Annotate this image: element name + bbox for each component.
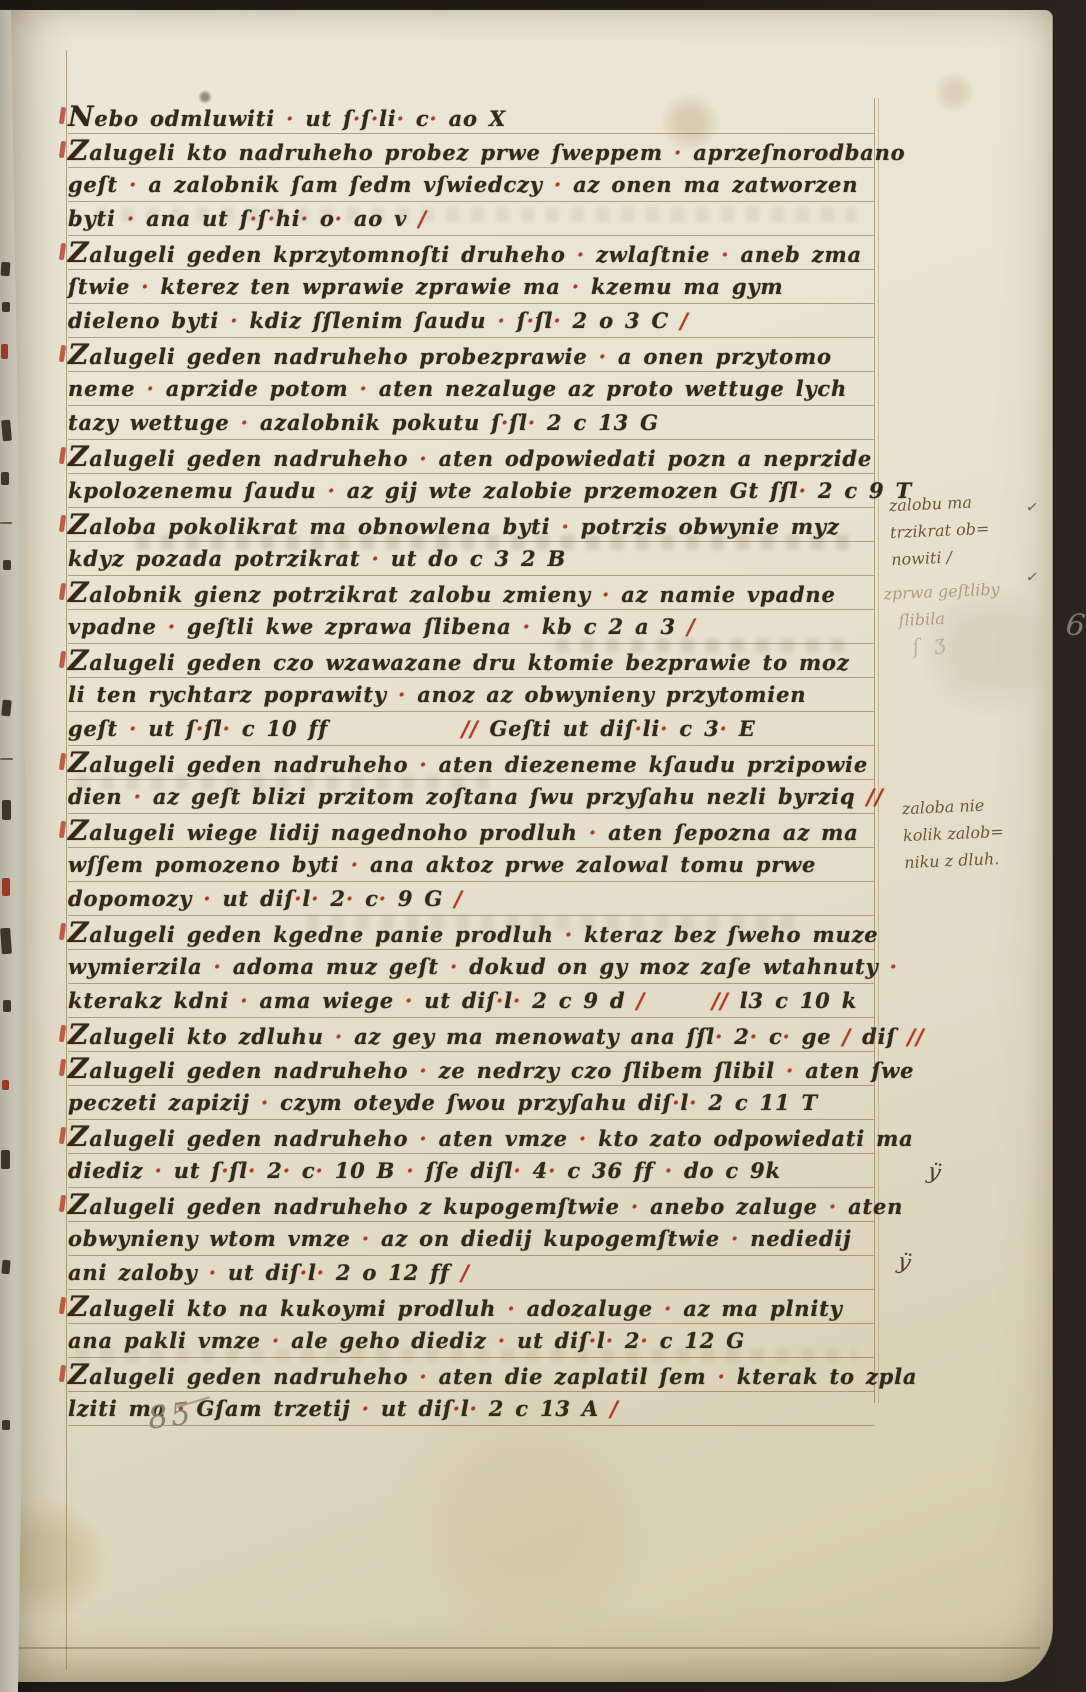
line-text: Zalugeli geden nadruheho · aten diezenem… <box>68 752 868 777</box>
facing-page-text-fragment <box>1 472 9 485</box>
line-text: byti · ana ut ſ·ſ·hi· o· ao v / <box>68 206 427 231</box>
line-text: li ten rychtarz poprawity · anoz az obwy… <box>68 682 806 707</box>
manuscript-text-line: Zalugeli geden nadruheho · aten odpowied… <box>68 440 874 474</box>
facing-page-text-fragment <box>2 800 11 820</box>
margin-checkmark-icon: ✓ <box>1025 497 1040 517</box>
line-text: geſt · a zalobnik ſam ſedm vſwiedczy · a… <box>68 172 858 197</box>
line-text: Zalugeli geden kprzytomnoſti druheho · z… <box>68 242 862 267</box>
folio-number-pencil: 85 <box>146 1395 196 1436</box>
line-text: wſſem pomozeno byti · ana aktoz prwe zal… <box>68 852 816 877</box>
manuscript-text-line: Zalugeli geden nadruheho · aten diezenem… <box>68 746 874 780</box>
manuscript-text-line: peczeti zapizij · czym oteyde ſwou przyſ… <box>68 1086 874 1120</box>
manuscript-text-line: wſſem pomozeno byti · ana aktoz prwe zal… <box>68 848 874 882</box>
manuscript-text-line: kdyz pozada potrzikrat · ut do c 3 2 B <box>68 542 874 576</box>
line-text: Zalugeli geden nadruheho probezprawie · … <box>68 344 832 369</box>
line-text: obwynieny wtom vmze · az on diedij kupog… <box>68 1226 852 1251</box>
ruling-line-bottom-horizontal <box>10 1647 1040 1649</box>
manuscript-text-line: Zalugeli wiege lidij nagednoho prodluh ·… <box>68 814 874 848</box>
line-text: dieleno byti · kdiz ſſlenim ſaudu · ſ·ſl… <box>68 308 689 333</box>
manuscript-text-line: kpolozenemu ſaudu · az gij wte zalobie p… <box>68 474 874 508</box>
margin-nota-mark-icon: ÿ <box>926 1159 941 1186</box>
facing-page-text-fragment <box>2 878 10 896</box>
manuscript-text-line: ani zaloby · ut diſ·l· 2 o 12 ff / <box>68 1256 874 1290</box>
manuscript-text-line: dien · az geſt blizi przitom zoſtana ſwu… <box>68 780 874 814</box>
line-text: Zalugeli geden nadruheho · aten odpowied… <box>68 446 872 471</box>
manuscript-text-line: neme · aprzide potom · aten nezaluge az … <box>68 372 874 406</box>
margin-note-zaloba: zaloba nie kolik zalob= niku z dluh. <box>901 791 1005 876</box>
manuscript-text-line: Nebo odmluwiti · ut ſ·ſ·li· c· ao X <box>68 100 874 134</box>
manuscript-text-line: ſtwie · kterez ten wprawie zprawie ma · … <box>68 270 874 304</box>
manuscript-text-line: geſt · ut ſ·ſl· c 10 ff // Geſti ut diſ·… <box>68 712 874 746</box>
facing-page-rule-stub <box>0 758 13 760</box>
manuscript-text-line: kterakz kdni · ama wiege · ut diſ·l· 2 c… <box>68 984 874 1018</box>
line-text: Zalugeli geden czo wzawazane dru ktomie … <box>68 650 850 675</box>
manuscript-text-line: Zalugeli geden nadruheho · aten die zapl… <box>68 1358 874 1392</box>
line-text: wymierzila · adoma muz geſt · dokud on g… <box>68 954 898 979</box>
manuscript-text-line: dopomozy · ut diſ·l· 2· c· 9 G / <box>68 882 874 916</box>
manuscript-text-line: Zalugeli kto na kukoymi prodluh · adozal… <box>68 1290 874 1324</box>
line-text: Zalobnik gienz potrzikrat zalobu zmieny … <box>68 582 836 607</box>
line-text: tazy wettuge · azalobnik pokutu ſ·ſl· 2 … <box>68 410 659 435</box>
line-text: kdyz pozada potrzikrat · ut do c 3 2 B <box>68 546 566 571</box>
manuscript-text-line: Zalugeli geden czo wzawazane dru ktomie … <box>68 644 874 678</box>
line-text: Zaloba pokolikrat ma obnowlena byti · po… <box>68 514 840 539</box>
manuscript-text-line: Zalugeli geden nadruheho probezprawie · … <box>68 338 874 372</box>
manuscript-text-line: Zalugeli geden nadruheho · ze nedrzy czo… <box>68 1052 874 1086</box>
line-text: Nebo odmluwiti · ut ſ·ſ·li· c· ao X <box>68 106 506 131</box>
line-text: Zalugeli kto nadruheho probez prwe ſwepp… <box>68 140 905 165</box>
facing-page-text-fragment <box>2 302 10 312</box>
manuscript-text-line: Zalugeli geden nadruheho z kupogemſtwie … <box>68 1188 874 1222</box>
pencil-strokes: ſ ʒ <box>910 629 951 659</box>
manuscript-page: Nebo odmluwiti · ut ſ·ſ·li· c· ao XZalug… <box>6 10 1053 1682</box>
manuscript-text-line: wymierzila · adoma muz geſt · dokud on g… <box>68 950 874 984</box>
facing-page-text-fragment <box>2 1420 10 1430</box>
pencil-number-small: 6 <box>1064 607 1086 644</box>
margin-note-renew: zalobu ma trzikrat ob= nowiti / <box>888 488 991 573</box>
line-text: Zalugeli wiege lidij nagednoho prodluh ·… <box>68 820 859 845</box>
manuscript-text-line: Zalugeli geden nadruheho · aten vmze · k… <box>68 1120 874 1154</box>
line-text: Zalugeli geden nadruheho z kupogemſtwie … <box>68 1194 903 1219</box>
facing-page-rule-stub <box>0 522 12 524</box>
facing-page-text-fragment <box>3 1000 11 1012</box>
line-text: neme · aprzide potom · aten nezaluge az … <box>68 376 847 401</box>
manuscript-text-line: obwynieny wtom vmze · az on diedij kupog… <box>68 1222 874 1256</box>
line-text: peczeti zapizij · czym oteyde ſwou przyſ… <box>68 1090 818 1115</box>
facing-page-text-fragment <box>1 420 12 442</box>
ruling-line-left-vertical <box>66 50 67 1670</box>
manuscript-text-line: Zalugeli kto nadruheho probez prwe ſwepp… <box>68 134 874 168</box>
manuscript-text-line: diediz · ut ſ·ſl· 2· c· 10 B · ſſe diſl·… <box>68 1154 874 1188</box>
line-text: ſtwie · kterez ten wprawie zprawie ma · … <box>68 274 783 299</box>
line-text: diediz · ut ſ·ſl· 2· c· 10 B · ſſe diſl·… <box>68 1158 781 1183</box>
line-text: Zalugeli geden nadruheho · aten vmze · k… <box>68 1126 914 1151</box>
manuscript-text-line: Zaloba pokolikrat ma obnowlena byti · po… <box>68 508 874 542</box>
facing-page-text-fragment <box>3 560 11 570</box>
text-block: Nebo odmluwiti · ut ſ·ſ·li· c· ao XZalug… <box>68 100 874 1426</box>
line-text: Zalugeli geden kgedne panie prodluh · kt… <box>68 922 878 947</box>
margin-checkmark-icon: ✓ <box>1025 567 1040 587</box>
margin-note-line: nowiti / <box>891 542 991 573</box>
line-text: Zalugeli geden nadruheho · aten die zapl… <box>68 1364 917 1389</box>
manuscript-text-line: Zalugeli geden kgedne panie prodluh · kt… <box>68 916 874 950</box>
line-text: vpadne · geſtli kwe zprawa ſlibena · kb … <box>68 614 696 639</box>
line-text: geſt · ut ſ·ſl· c 10 ff // Geſti ut diſ·… <box>68 716 756 741</box>
line-text: dien · az geſt blizi przitom zoſtana ſwu… <box>68 784 883 809</box>
manuscript-text-line: byti · ana ut ſ·ſ·hi· o· ao v / <box>68 202 874 236</box>
margin-nota-mark-icon: ÿ <box>896 1249 911 1276</box>
manuscript-text-line: tazy wettuge · azalobnik pokutu ſ·ſl· 2 … <box>68 406 874 440</box>
line-text: Zalugeli kto na kukoymi prodluh · adozal… <box>68 1296 843 1321</box>
manuscript-text-line: li ten rychtarz poprawity · anoz az obwy… <box>68 678 874 712</box>
manuscript-text-line: Zalugeli geden kprzytomnoſti druheho · z… <box>68 236 874 270</box>
margin-note-line: trzikrat ob= <box>889 515 989 546</box>
manuscript-text-line: ana pakli vmze · ale geho diediz · ut di… <box>68 1324 874 1358</box>
line-text: kterakz kdni · ama wiege · ut diſ·l· 2 c… <box>68 988 857 1013</box>
line-text: ani zaloby · ut diſ·l· 2 o 12 ff / <box>68 1260 469 1285</box>
photograph-background: Nebo odmluwiti · ut ſ·ſ·li· c· ao XZalug… <box>0 0 1086 1692</box>
line-text: Zalugeli kto zdluhu · az gey ma menowaty… <box>68 1024 924 1049</box>
facing-page-text-fragment <box>1 344 8 359</box>
line-text: dopomozy · ut diſ·l· 2· c· 9 G / <box>68 886 463 911</box>
facing-page-text-fragment <box>1 1260 10 1275</box>
manuscript-text-line: Zalugeli kto zdluhu · az gey ma menowaty… <box>68 1018 874 1052</box>
line-text: ana pakli vmze · ale geho diediz · ut di… <box>68 1328 745 1353</box>
facing-page-text-fragment <box>1 262 11 277</box>
facing-page-text-fragment <box>1 700 12 717</box>
line-text: Zalugeli geden nadruheho · ze nedrzy czo… <box>68 1058 914 1083</box>
facing-page-text-fragment <box>1 1150 10 1169</box>
facing-page-text-fragment <box>2 1080 9 1090</box>
line-text: kpolozenemu ſaudu · az gij wte zalobie p… <box>68 478 912 503</box>
margin-note-line: niku z dluh. <box>904 845 1006 876</box>
manuscript-text-line: geſt · a zalobnik ſam ſedm vſwiedczy · a… <box>68 168 874 202</box>
manuscript-text-line: vpadne · geſtli kwe zprawa ſlibena · kb … <box>68 610 874 644</box>
facing-page-text-fragment <box>0 928 12 955</box>
margin-note-zprawa: zprwa geſtliby ſlibila <box>883 575 1001 634</box>
manuscript-text-line: dieleno byti · kdiz ſſlenim ſaudu · ſ·ſl… <box>68 304 874 338</box>
manuscript-text-line: Zalobnik gienz potrzikrat zalobu zmieny … <box>68 576 874 610</box>
